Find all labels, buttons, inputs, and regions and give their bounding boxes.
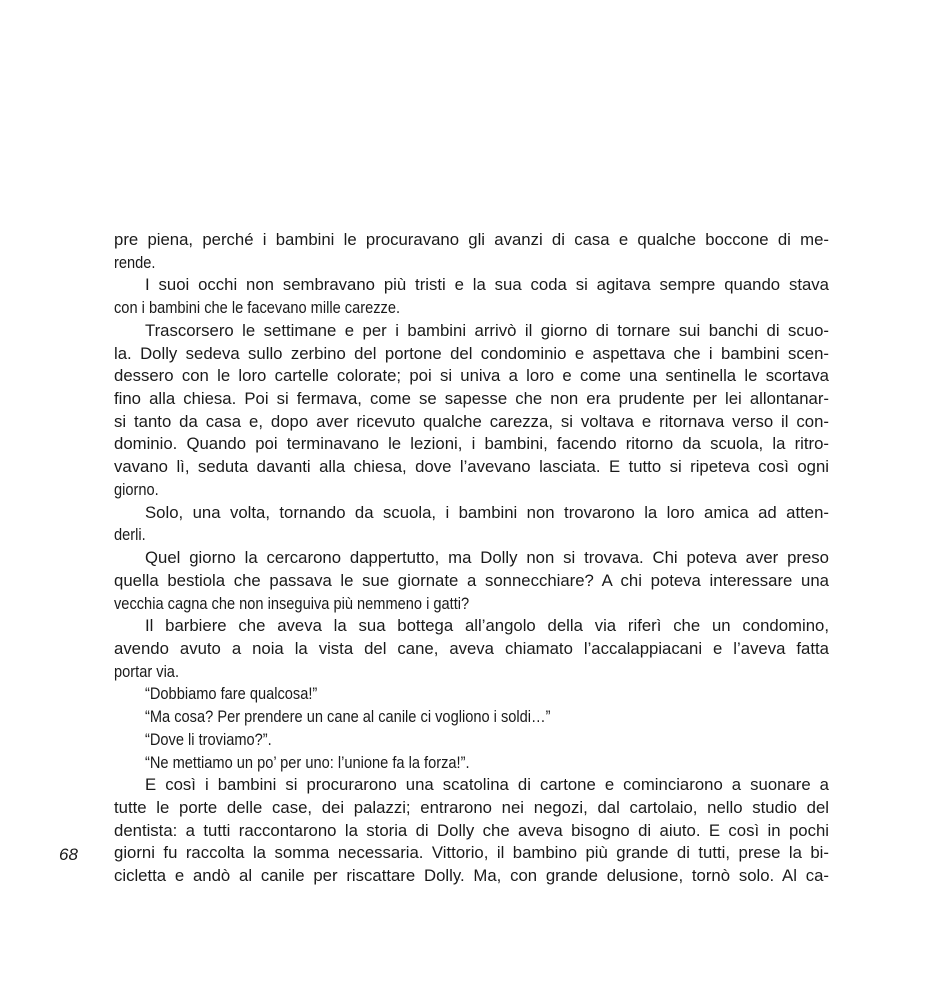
text-line-content: avendo avuto a noia la vista del cane, a… <box>114 638 829 661</box>
text-line: Quel giorno la cercarono dappertutto, ma… <box>114 547 829 570</box>
text-line: giorno. <box>114 479 829 502</box>
text-line: cicletta e andò al canile per riscattare… <box>114 865 829 888</box>
text-line: vavano lì, seduta davanti alla chiesa, d… <box>114 456 829 479</box>
body-text: pre piena, perché i bambini le procurava… <box>114 229 829 888</box>
text-line-content: E così i bambini si procurarono una scat… <box>145 774 829 797</box>
text-line-content: “Ne mettiamo un po’ per uno: l’unione fa… <box>145 752 470 775</box>
text-line-content: fino alla chiesa. Poi si fermava, come s… <box>114 388 829 411</box>
text-line-content: dessero con le loro cartelle colorate; p… <box>114 365 829 388</box>
text-line-content: rende. <box>114 252 155 275</box>
text-line: “Dove li troviamo?”. <box>114 729 829 752</box>
text-line: derli. <box>114 524 829 547</box>
text-line-content: vavano lì, seduta davanti alla chiesa, d… <box>114 456 829 479</box>
text-line: fino alla chiesa. Poi si fermava, come s… <box>114 388 829 411</box>
text-line-content: Trascorsero le settimane e per i bambini… <box>145 320 829 343</box>
text-line-content: pre piena, perché i bambini le procurava… <box>114 229 829 252</box>
text-line: “Ne mettiamo un po’ per uno: l’unione fa… <box>114 752 829 775</box>
text-line-content: la. Dolly sedeva sullo zerbino del porto… <box>114 343 829 366</box>
text-line-content: “Dobbiamo fare qualcosa!” <box>145 683 317 706</box>
text-line-content: Solo, una volta, tornando da scuola, i b… <box>145 502 829 525</box>
text-line-content: con i bambini che le facevano mille care… <box>114 297 400 320</box>
text-line: dominio. Quando poi terminavano le lezio… <box>114 433 829 456</box>
text-line-content: si tanto da casa e, dopo aver ricevuto q… <box>114 411 829 434</box>
text-line: “Dobbiamo fare qualcosa!” <box>114 683 829 706</box>
text-line: Trascorsero le settimane e per i bambini… <box>114 320 829 343</box>
text-line: portar via. <box>114 661 829 684</box>
text-line: la. Dolly sedeva sullo zerbino del porto… <box>114 343 829 366</box>
text-line: si tanto da casa e, dopo aver ricevuto q… <box>114 411 829 434</box>
text-line-content: tutte le porte delle case, dei palazzi; … <box>114 797 829 820</box>
text-line-content: dentista: a tutti raccontarono la storia… <box>114 820 829 843</box>
text-line-content: portar via. <box>114 661 179 684</box>
text-line-content: vecchia cagna che non inseguiva più nemm… <box>114 593 469 616</box>
text-line: Solo, una volta, tornando da scuola, i b… <box>114 502 829 525</box>
text-line: tutte le porte delle case, dei palazzi; … <box>114 797 829 820</box>
text-line-content: giorno. <box>114 479 159 502</box>
text-line: dentista: a tutti raccontarono la storia… <box>114 820 829 843</box>
text-line-content: Quel giorno la cercarono dappertutto, ma… <box>145 547 829 570</box>
text-line: “Ma cosa? Per prendere un cane al canile… <box>114 706 829 729</box>
text-line-content: I suoi occhi non sembravano più tristi e… <box>145 274 829 297</box>
text-line: dessero con le loro cartelle colorate; p… <box>114 365 829 388</box>
text-line-content: “Ma cosa? Per prendere un cane al canile… <box>145 706 551 729</box>
text-line-content: “Dove li troviamo?”. <box>145 729 272 752</box>
page-number: 68 <box>59 844 78 866</box>
text-line: rende. <box>114 252 829 275</box>
text-line: con i bambini che le facevano mille care… <box>114 297 829 320</box>
text-line-content: derli. <box>114 524 146 547</box>
text-line: pre piena, perché i bambini le procurava… <box>114 229 829 252</box>
text-line-content: cicletta e andò al canile per riscattare… <box>114 865 829 888</box>
text-line: I suoi occhi non sembravano più tristi e… <box>114 274 829 297</box>
text-line: E così i bambini si procurarono una scat… <box>114 774 829 797</box>
text-line: giorni fu raccolta la somma necessaria. … <box>114 842 829 865</box>
text-line-content: quella bestiola che passava le sue giorn… <box>114 570 829 593</box>
text-line: quella bestiola che passava le sue giorn… <box>114 570 829 593</box>
text-line: vecchia cagna che non inseguiva più nemm… <box>114 593 829 616</box>
book-page: pre piena, perché i bambini le procurava… <box>0 0 942 1000</box>
text-line: Il barbiere che aveva la sua bottega all… <box>114 615 829 638</box>
text-line-content: dominio. Quando poi terminavano le lezio… <box>114 433 829 456</box>
text-line: avendo avuto a noia la vista del cane, a… <box>114 638 829 661</box>
text-line-content: giorni fu raccolta la somma necessaria. … <box>114 842 829 865</box>
text-line-content: Il barbiere che aveva la sua bottega all… <box>145 615 829 638</box>
